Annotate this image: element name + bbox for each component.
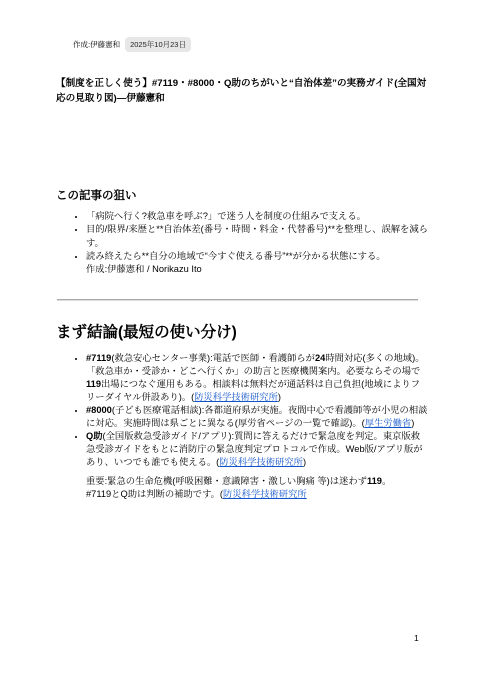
bold-text: 119 — [367, 476, 382, 486]
inline-link[interactable]: 防災科学技術研究所 — [219, 457, 303, 467]
important-note: 重要:緊急の生命危機(呼吸困難・意識障害・激しい胸痛 等)は迷わず119。#71… — [86, 475, 400, 501]
conclusion-bullet-list: #7119(救急安心センター事業):電話で医師・看護師らが24時間対応(多くの地… — [56, 352, 428, 469]
horizontal-rule — [57, 299, 418, 300]
list-item: 目的/限界/来歴と**自治体差(番号・時間・料金・代替番号)**を整理し、誤解を… — [86, 223, 428, 250]
date-chip[interactable]: 2025年10月23日 — [125, 37, 191, 52]
bold-text: 24 — [315, 353, 325, 363]
list-item: Q助(全国版救急受診ガイド/アプリ):質問に答えるだけで緊急度を判定。東京版救急… — [86, 430, 428, 469]
byline-text: 作成:伊藤憲和 — [73, 39, 120, 50]
section-heading-conclusion: まず結論(最短の使い分け) — [56, 320, 237, 342]
byline: 作成:伊藤憲和 2025年10月23日 — [73, 37, 191, 52]
page-number: 1 — [414, 633, 419, 643]
inline-link[interactable]: 防災科学技術研究所 — [194, 392, 278, 402]
list-item: #8000(子ども医療電話相談):各都道府県が実施。夜間中心で看護師等が小児の相… — [86, 404, 428, 430]
list-item: 読み終えたら**自分の地域で“今すぐ使える番号”**が分かる状態にする。 — [86, 250, 428, 263]
text-segment: 重要:緊急の生命危機(呼吸困難・意識障害・激しい胸痛 等)は迷わず — [86, 476, 367, 486]
document-page: 作成:伊藤憲和 2025年10月23日 【制度を正しく使う】#7119・#800… — [0, 0, 480, 677]
text-segment: ) — [278, 392, 281, 402]
list-item: #7119(救急安心センター事業):電話で医師・看護師らが24時間対応(多くの地… — [86, 352, 428, 404]
aim-section-body: 「病院へ行く?救急車を呼ぶ?」で迷う人を制度の仕組みで支える。 目的/限界/来歴… — [56, 210, 428, 276]
conclusion-section-body: #7119(救急安心センター事業):電話で医師・看護師らが24時間対応(多くの地… — [56, 352, 428, 501]
inline-link[interactable]: 厚生労働省 — [365, 418, 412, 428]
credit-line: 作成:伊藤憲和 / Norikazu Ito — [86, 263, 428, 276]
text-segment: ) — [411, 418, 414, 428]
list-item: 「病院へ行く?救急車を呼ぶ?」で迷う人を制度の仕組みで支える。 — [86, 210, 428, 223]
text-segment: (救急安心センター事業):電話で医師・看護師らが — [111, 353, 315, 363]
bold-text: #8000 — [86, 405, 112, 415]
inline-link[interactable]: 防災科学技術研究所 — [223, 489, 307, 499]
text-segment: ) — [303, 457, 306, 467]
document-title: 【制度を正しく使う】#7119・#8000・Q助のちがいと“自治体差”の実務ガイ… — [56, 76, 428, 106]
bold-text: #7119 — [86, 353, 111, 363]
section-heading-aim: この記事の狙い — [56, 187, 137, 203]
bold-text: Q助 — [86, 431, 103, 441]
aim-bullet-list: 「病院へ行く?救急車を呼ぶ?」で迷う人を制度の仕組みで支える。 目的/限界/来歴… — [56, 210, 428, 263]
bold-text: 119 — [86, 379, 101, 389]
